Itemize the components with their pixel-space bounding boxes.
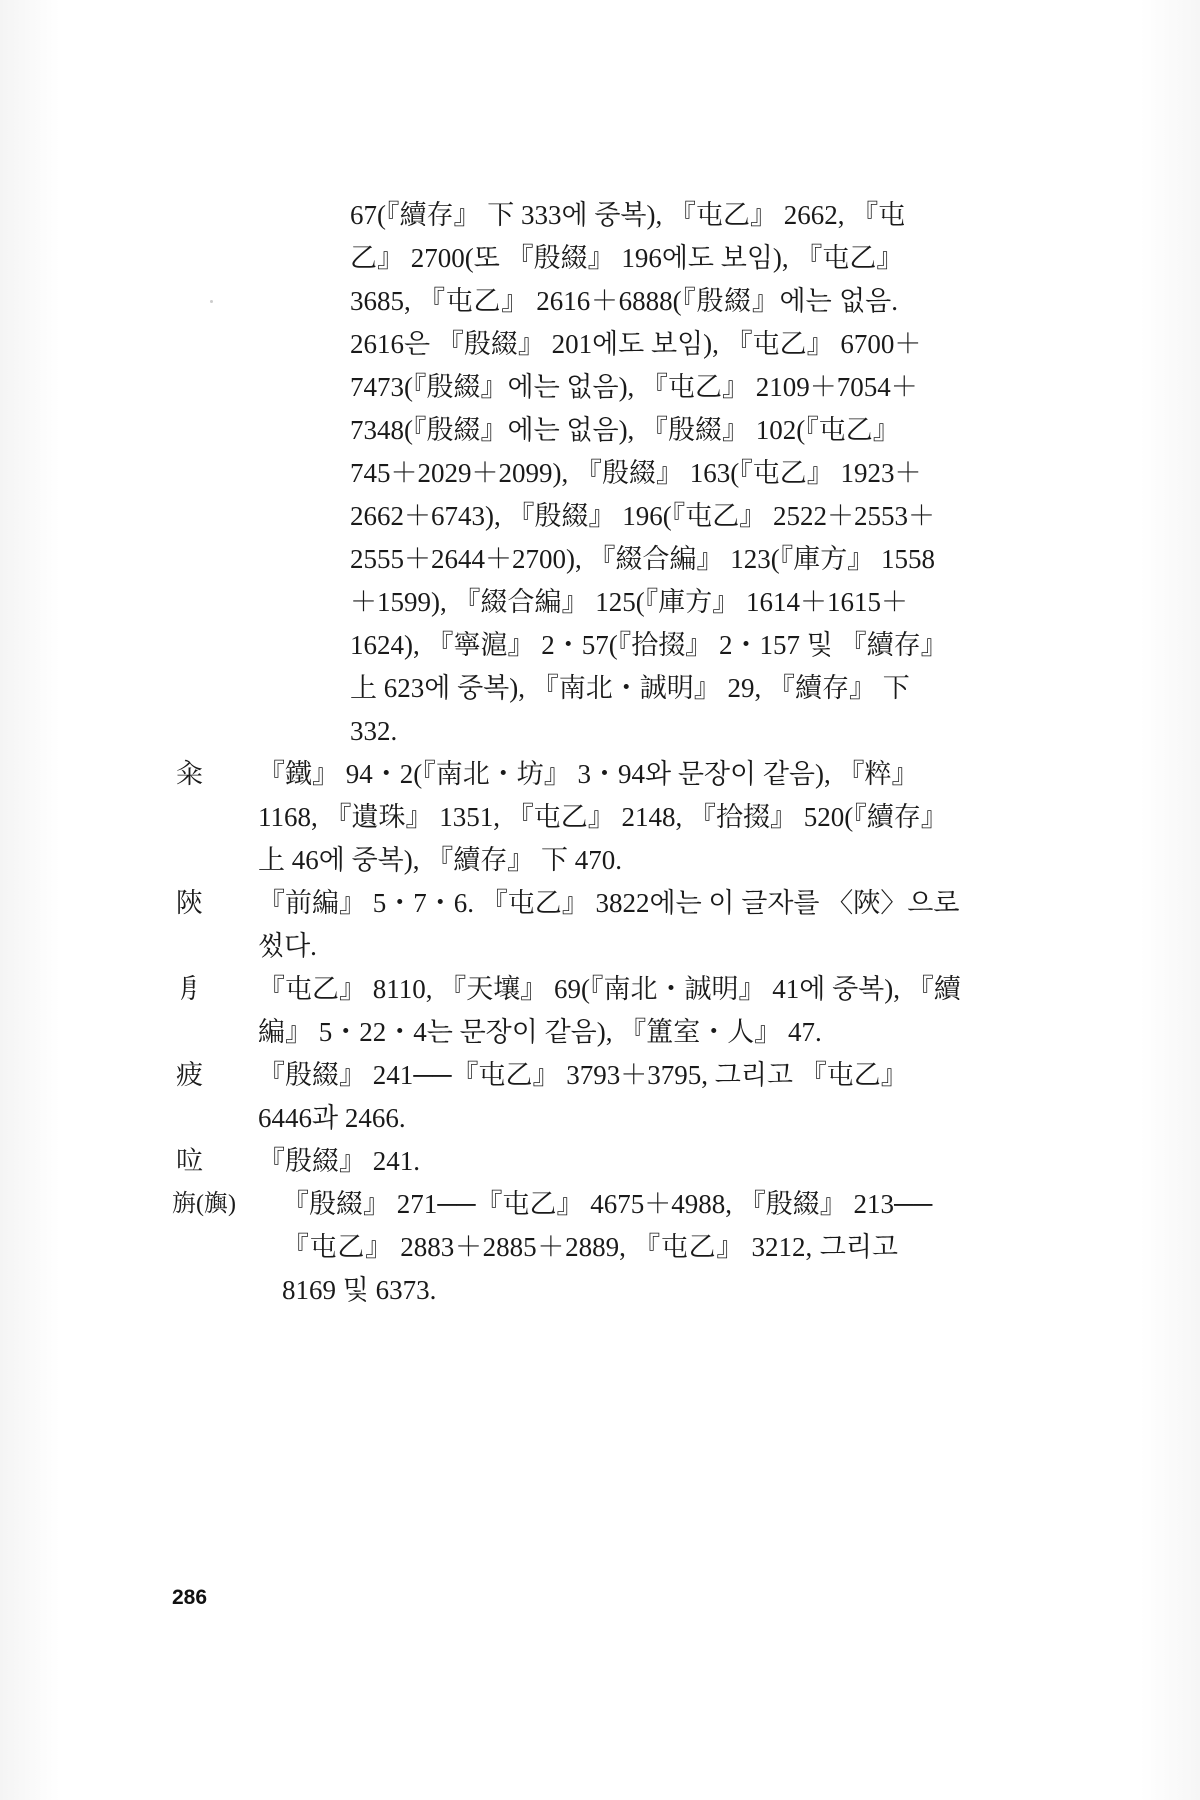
continuation-line: 2616은 『殷綴』 201에도 보임), 『屯乙』 6700＋	[350, 323, 898, 366]
entry-head-character: 㐆	[176, 968, 203, 1011]
continuation-line: 332.	[350, 710, 898, 753]
entry-line: 썼다.	[258, 925, 898, 968]
entry-line: 『鐵』 94・2(『南北・坊』 3・94와 문장이 같음), 『粹』	[258, 753, 898, 796]
entry-line: 8169 및 6373.	[282, 1269, 898, 1312]
entry-line: 6446과 2466.	[258, 1097, 898, 1140]
continuation-line: 3685, 『屯乙』 2616＋6888(『殷綴』에는 없음.	[350, 280, 898, 323]
entry-line: 1168, 『遺珠』 1351, 『屯乙』 2148, 『拾掇』 520(『續存…	[258, 796, 898, 839]
entry-line: 上 46에 중복), 『續存』 下 470.	[258, 839, 898, 882]
continuation-line: 2662＋6743), 『殷綴』 196(『屯乙』 2522＋2553＋	[350, 495, 898, 538]
entry-line: 編』 5・22・4는 문장이 같음), 『簠室・人』 47.	[258, 1011, 898, 1054]
continuation-line: 乙』 2700(또 『殷綴』 196에도 보임), 『屯乙』	[350, 237, 898, 280]
continuation-line: 上 623에 중복), 『南北・誠明』 29, 『續存』 下	[350, 667, 898, 710]
continuation-line: 1624), 『寧滬』 2・57(『拾掇』 2・157 및 『續存』	[350, 624, 898, 667]
entry-head-character: 疲	[176, 1054, 203, 1097]
page-number: 286	[172, 1586, 207, 1610]
entry-line: 『前編』 5・7・6. 『屯乙』 3822에는 이 글자를 〈陜〉으로	[258, 882, 898, 925]
continuation-line: 7348(『殷綴』에는 없음), 『殷綴』 102(『屯乙』	[350, 409, 898, 452]
continuation-line: 2555＋2644＋2700), 『綴合編』 123(『庫方』 1558	[350, 538, 898, 581]
entry-line: 『殷綴』 241──『屯乙』 3793＋3795, 그리고 『屯乙』	[258, 1054, 898, 1097]
entry-line: 『殷綴』 271──『屯乙』 4675＋4988, 『殷綴』 213──	[282, 1183, 898, 1226]
continuation-line: 7473(『殷綴』에는 없음), 『屯乙』 2109＋7054＋	[350, 366, 898, 409]
entry-head-character: 㕸	[176, 1140, 203, 1183]
entry-head-character: 籴	[176, 753, 203, 796]
continuation-line: ＋1599), 『綴合編』 125(『庫方』 1614＋1615＋	[350, 581, 898, 624]
entry-head-character: 陝	[176, 882, 203, 925]
entry-head-character: 旃(旟)	[172, 1183, 236, 1226]
entry-line: 『殷綴』 241.	[258, 1140, 898, 1183]
continuation-line: 67(『續存』 下 333에 중복), 『屯乙』 2662, 『屯	[350, 194, 898, 237]
book-page: 67(『續存』 下 333에 중복), 『屯乙』 2662, 『屯 乙』 270…	[0, 0, 1200, 1800]
entry-line: 『屯乙』 8110, 『天壤』 69(『南北・誠明』 41에 중복), 『續	[258, 968, 898, 1011]
continuation-line: 745＋2029＋2099), 『殷綴』 163(『屯乙』 1923＋	[350, 452, 898, 495]
entry-line: 『屯乙』 2883＋2885＋2889, 『屯乙』 3212, 그리고	[282, 1226, 898, 1269]
scan-speck	[210, 300, 213, 303]
